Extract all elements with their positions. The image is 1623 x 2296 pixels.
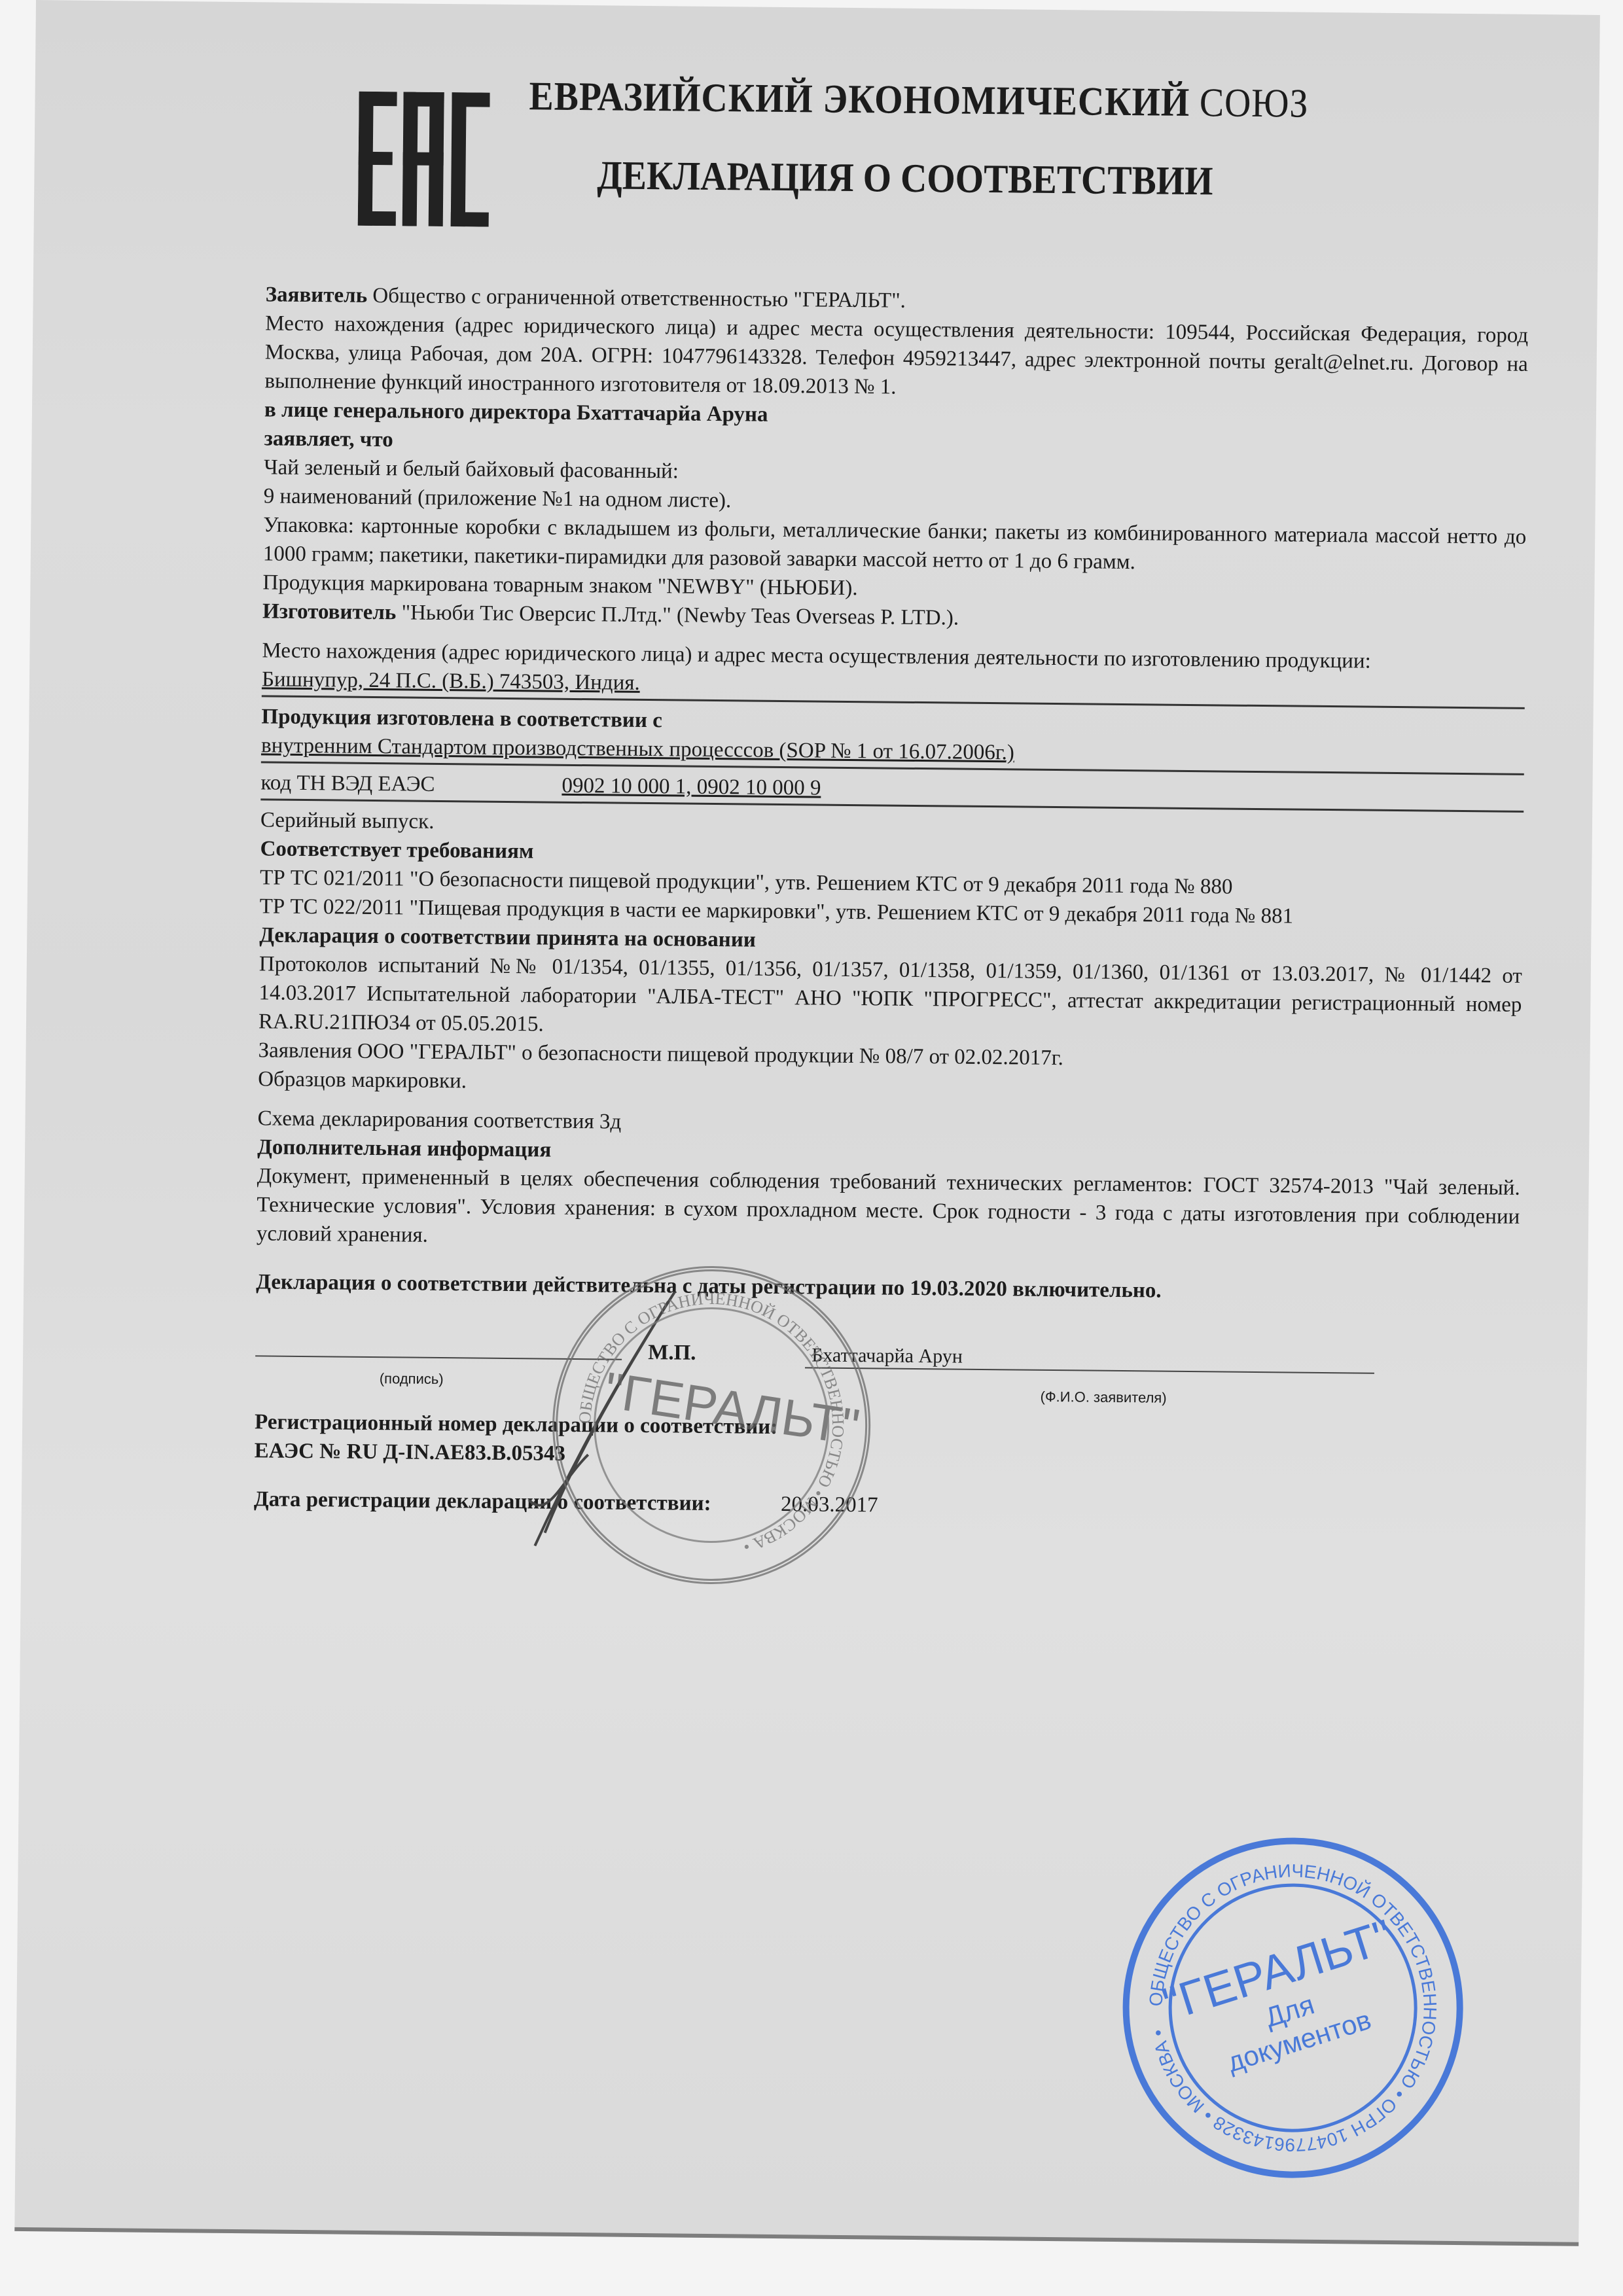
declaration-body: Заявитель Общество с ограниченной ответс… bbox=[254, 280, 1529, 1525]
company-seal-gray: ОБЩЕСТВО С ОГРАНИЧЕННОЙ ОТВЕТСТВЕННОСТЬЮ… bbox=[551, 1265, 872, 1586]
document-page: ЕВРАЗИЙСКИЙ ЭКОНОМИЧЕСКИЙ СОЮЗ ДЕКЛАРАЦИ… bbox=[14, 0, 1600, 2246]
tn-ved-value: 0902 10 000 1, 0902 10 000 9 bbox=[562, 771, 1524, 809]
eac-logo-icon bbox=[358, 92, 490, 227]
company-seal-blue: ОБЩЕСТВО С ОГРАНИЧЕННОЙ ОТВЕТСТВЕННОСТЬЮ… bbox=[1121, 1836, 1465, 2180]
union-title: ЕВРАЗИЙСКИЙ ЭКОНОМИЧЕСКИЙ СОЮЗ bbox=[529, 73, 1308, 127]
signature-block: (подпись) М.П. Бхаттачарйа Арун (Ф.И.О. … bbox=[255, 1309, 1518, 1420]
name-label: (Ф.И.О. заявителя) bbox=[1040, 1383, 1166, 1413]
additional-info-text: Документ, примененный в целях обеспечени… bbox=[257, 1161, 1520, 1260]
document-title: ДЕКЛАРАЦИЯ О СООТВЕТСТВИИ bbox=[597, 152, 1213, 205]
basis-protocols: Протоколов испытаний №№ 01/1354, 01/1355… bbox=[259, 949, 1522, 1048]
tn-ved-label: код ТН ВЭД ЕАЭС bbox=[260, 768, 562, 800]
applicant-address: Место нахождения (адрес юридического лиц… bbox=[264, 309, 1528, 408]
tn-ved-row: код ТН ВЭД ЕАЭС 0902 10 000 1, 0902 10 0… bbox=[260, 768, 1524, 813]
signature-label: (подпись) bbox=[380, 1364, 444, 1394]
